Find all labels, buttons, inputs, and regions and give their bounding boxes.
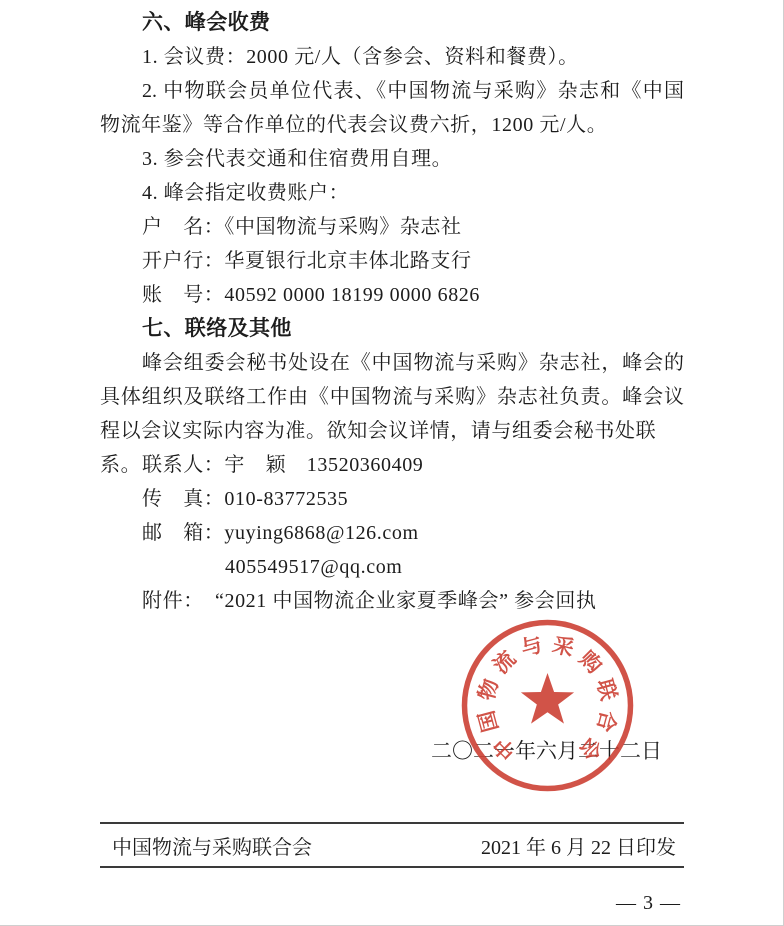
account-number-line: 账 号：40592 0000 18199 0000 6826 [100,278,684,312]
section-6-heading: 六、峰会收费 [100,6,684,40]
doc-line: 程以会议实际内容为准。欲知会议详情，请与组委会秘书处联系。 [100,414,684,448]
email-line: 邮 箱：yuying6868@126.com [100,516,684,550]
footer-issuer: 中国物流与采购联合会 [112,831,312,860]
document-date: 二〇二一年六月二十二日 [431,737,662,765]
attachment-line: 附件： “2021 中国物流企业家夏季峰会” 参会回执 [100,584,684,618]
doc-line: 2. 中物联会员单位代表、《中国物流与采购》杂志和《中国 [100,74,684,108]
footer-band: 中国物流与采购联合会 2021 年 6 月 22 日印发 [100,822,684,868]
fax-line: 传 真：010-83772535 [100,482,684,516]
bank-line: 开户行：华夏银行北京丰体北路支行 [100,244,684,278]
doc-line: 3. 参会代表交通和住宿费用自理。 [100,142,684,176]
doc-line: 峰会组委会秘书处设在《中国物流与采购》杂志社，峰会的 [100,346,684,380]
seal-char: 合 [592,708,621,734]
account-name-line: 户 名：《中国物流与采购》杂志社 [100,210,684,244]
seal-char: 购 [575,646,607,678]
seal-char: 采 [550,632,576,661]
page-number: — 3 — [616,892,681,915]
document-body: 六、峰会收费 1. 会议费：2000 元/人（含参会、资料和餐费）。 2. 中物… [100,6,684,618]
seal-char: 联 [592,676,621,702]
doc-line: 具体组织及联络工作由《中国物流与采购》杂志社负责。峰会议 [100,380,684,414]
official-seal: 中国物流与采购联合会 [455,613,640,798]
doc-line: 4. 峰会指定收费账户： [100,176,684,210]
section-7-heading: 七、联络及其他 [100,312,684,346]
seal-char: 与 [518,632,544,661]
seal-char: 物 [474,676,503,702]
doc-line: 物流年鉴》等合作单位的代表会议费六折，1200 元/人。 [100,108,684,142]
doc-line: 1. 会议费：2000 元/人（含参会、资料和餐费）。 [100,40,684,74]
contact-person-line: 联系人：宇 颖 13520360409 [100,448,684,482]
seal-char: 国 [474,708,503,734]
seal-char: 流 [488,646,520,678]
seal-star [521,673,574,724]
document-page: { "doc": { "sections": [ { "heading": "六… [0,0,784,926]
footer-print-date: 2021 年 6 月 22 日印发 [481,831,676,860]
email-line-2: 405549517@qq.com [100,550,684,584]
